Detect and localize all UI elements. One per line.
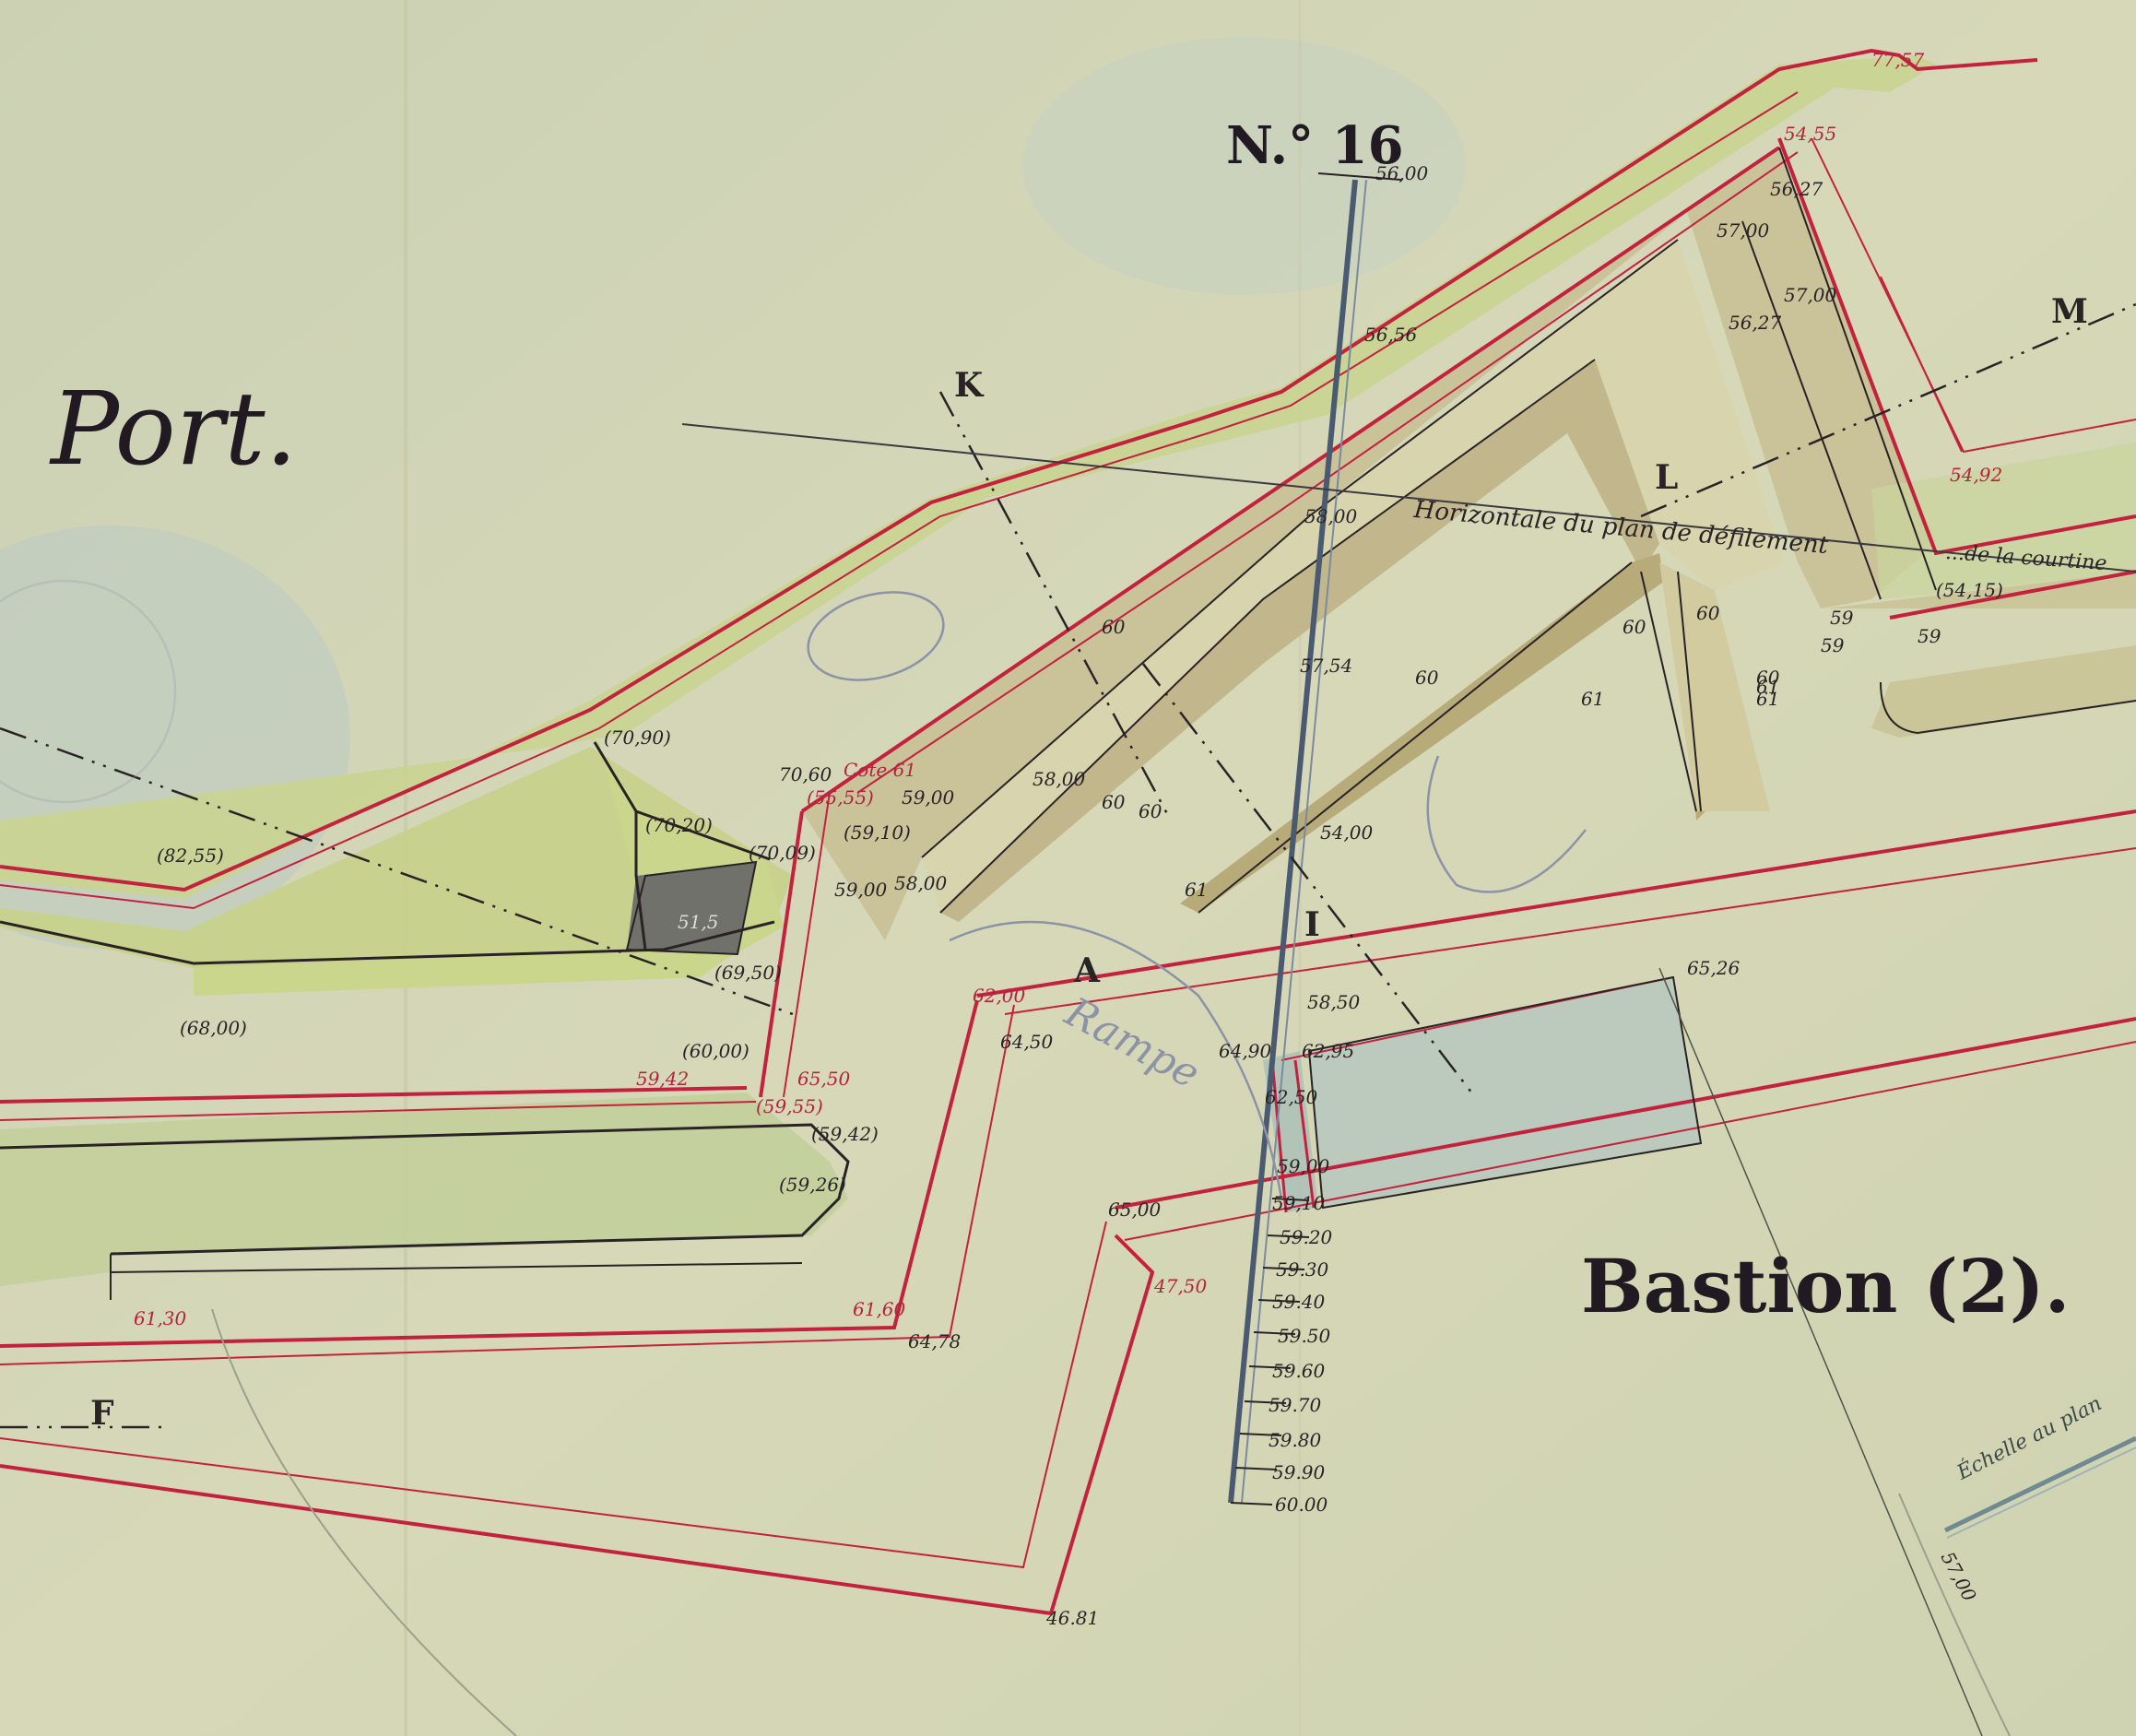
elev: (55,55) xyxy=(807,788,874,807)
elev: 77,57 xyxy=(1871,51,1924,69)
elev: 59,10 xyxy=(1272,1194,1325,1212)
elev: 62,95 xyxy=(1302,1042,1354,1060)
section-letter-k: K xyxy=(954,369,983,402)
scale-tick: 59.40 xyxy=(1272,1291,1325,1313)
scale-tick: 59.80 xyxy=(1269,1429,1321,1451)
elev: 60 xyxy=(1756,668,1779,687)
elev: (70,20) xyxy=(645,816,713,834)
elev: 58,00 xyxy=(894,874,947,892)
elev: 46.81 xyxy=(1046,1609,1099,1627)
elev: 56,27 xyxy=(1770,180,1823,198)
scale-tick: 59.50 xyxy=(1278,1325,1330,1347)
elev: 70,60 xyxy=(779,765,832,784)
elev: 57,00 xyxy=(1717,221,1769,240)
section-letter-a: A xyxy=(1074,954,1100,987)
scale-tick: 59.60 xyxy=(1272,1360,1325,1382)
section-letter-l: L xyxy=(1655,461,1678,494)
elev: 65,00 xyxy=(1108,1200,1161,1219)
elev: 61,30 xyxy=(134,1309,186,1328)
elev: 57,54 xyxy=(1300,656,1352,675)
elev: 57,00 xyxy=(1784,286,1836,304)
elev: 59 xyxy=(1830,608,1853,627)
elev: 60 xyxy=(1623,618,1646,636)
elev: 64,90 xyxy=(1219,1042,1271,1060)
elev: 47,50 xyxy=(1154,1277,1207,1295)
elev: 59,00 xyxy=(1277,1157,1329,1175)
elev: 54,55 xyxy=(1784,124,1836,143)
elev: 59 xyxy=(1918,627,1941,645)
section-letter-m: M xyxy=(2051,295,2088,328)
elev: 61,60 xyxy=(853,1300,905,1318)
elev: 60 xyxy=(1139,802,1162,821)
elev: 64,78 xyxy=(908,1332,961,1351)
elev: 61 xyxy=(1756,690,1779,708)
title-bastion: Bastion (2). xyxy=(1581,1249,2070,1323)
elev: 61 xyxy=(1581,690,1604,708)
elev: 56,00 xyxy=(1375,164,1428,183)
elev: (59,55) xyxy=(756,1097,823,1116)
title-port: Port. xyxy=(51,378,298,479)
scale-tick: 60.00 xyxy=(1275,1494,1328,1516)
elev: 65,26 xyxy=(1687,959,1740,977)
fortification-plan-drawing xyxy=(0,0,2136,1736)
elev: 54,00 xyxy=(1320,823,1373,842)
elev: 59 xyxy=(1821,636,1844,655)
elev: 59,00 xyxy=(834,880,887,899)
elev: 54,92 xyxy=(1950,466,2002,484)
elev: 60 xyxy=(1102,793,1125,811)
elev: 61 xyxy=(1185,880,1208,899)
elev: Cote 61 xyxy=(844,761,916,779)
elev: (69,50) xyxy=(714,963,782,982)
elev: 58,00 xyxy=(1304,507,1357,526)
elev: 59,42 xyxy=(636,1069,689,1088)
scale-tick: 59.30 xyxy=(1276,1258,1328,1281)
elev: 59,00 xyxy=(902,788,954,807)
elev: (68,00) xyxy=(180,1019,247,1037)
elev: 58,50 xyxy=(1307,993,1360,1011)
elev: 60 xyxy=(1415,668,1438,687)
elev: 62,50 xyxy=(1265,1088,1317,1106)
elev: (82,55) xyxy=(157,846,224,865)
section-letter-i: I xyxy=(1304,908,1320,941)
elev: 62,00 xyxy=(973,986,1025,1005)
section-letter-f: F xyxy=(90,1397,114,1430)
scale-tick: 59.70 xyxy=(1269,1394,1321,1416)
elev: 51,5 xyxy=(678,913,719,931)
elev: 58,00 xyxy=(1033,770,1085,788)
elev: (59,42) xyxy=(811,1125,879,1143)
elev: 64,50 xyxy=(1000,1033,1053,1051)
elev: 56,27 xyxy=(1729,313,1781,332)
elev: (70,09) xyxy=(749,844,816,862)
elev: (59,10) xyxy=(844,823,911,842)
elev: 60 xyxy=(1102,618,1125,636)
elev: (54,15) xyxy=(1936,581,2003,599)
elev: (59,26) xyxy=(779,1175,846,1194)
elev: 56,56 xyxy=(1364,325,1417,344)
scale-tick: 59.20 xyxy=(1280,1226,1332,1248)
elev: 65,50 xyxy=(797,1069,850,1088)
elev: (60,00) xyxy=(682,1042,749,1060)
elev: (70,90) xyxy=(604,728,671,747)
scale-tick: 59.90 xyxy=(1272,1461,1325,1483)
elev: 60 xyxy=(1696,604,1719,622)
